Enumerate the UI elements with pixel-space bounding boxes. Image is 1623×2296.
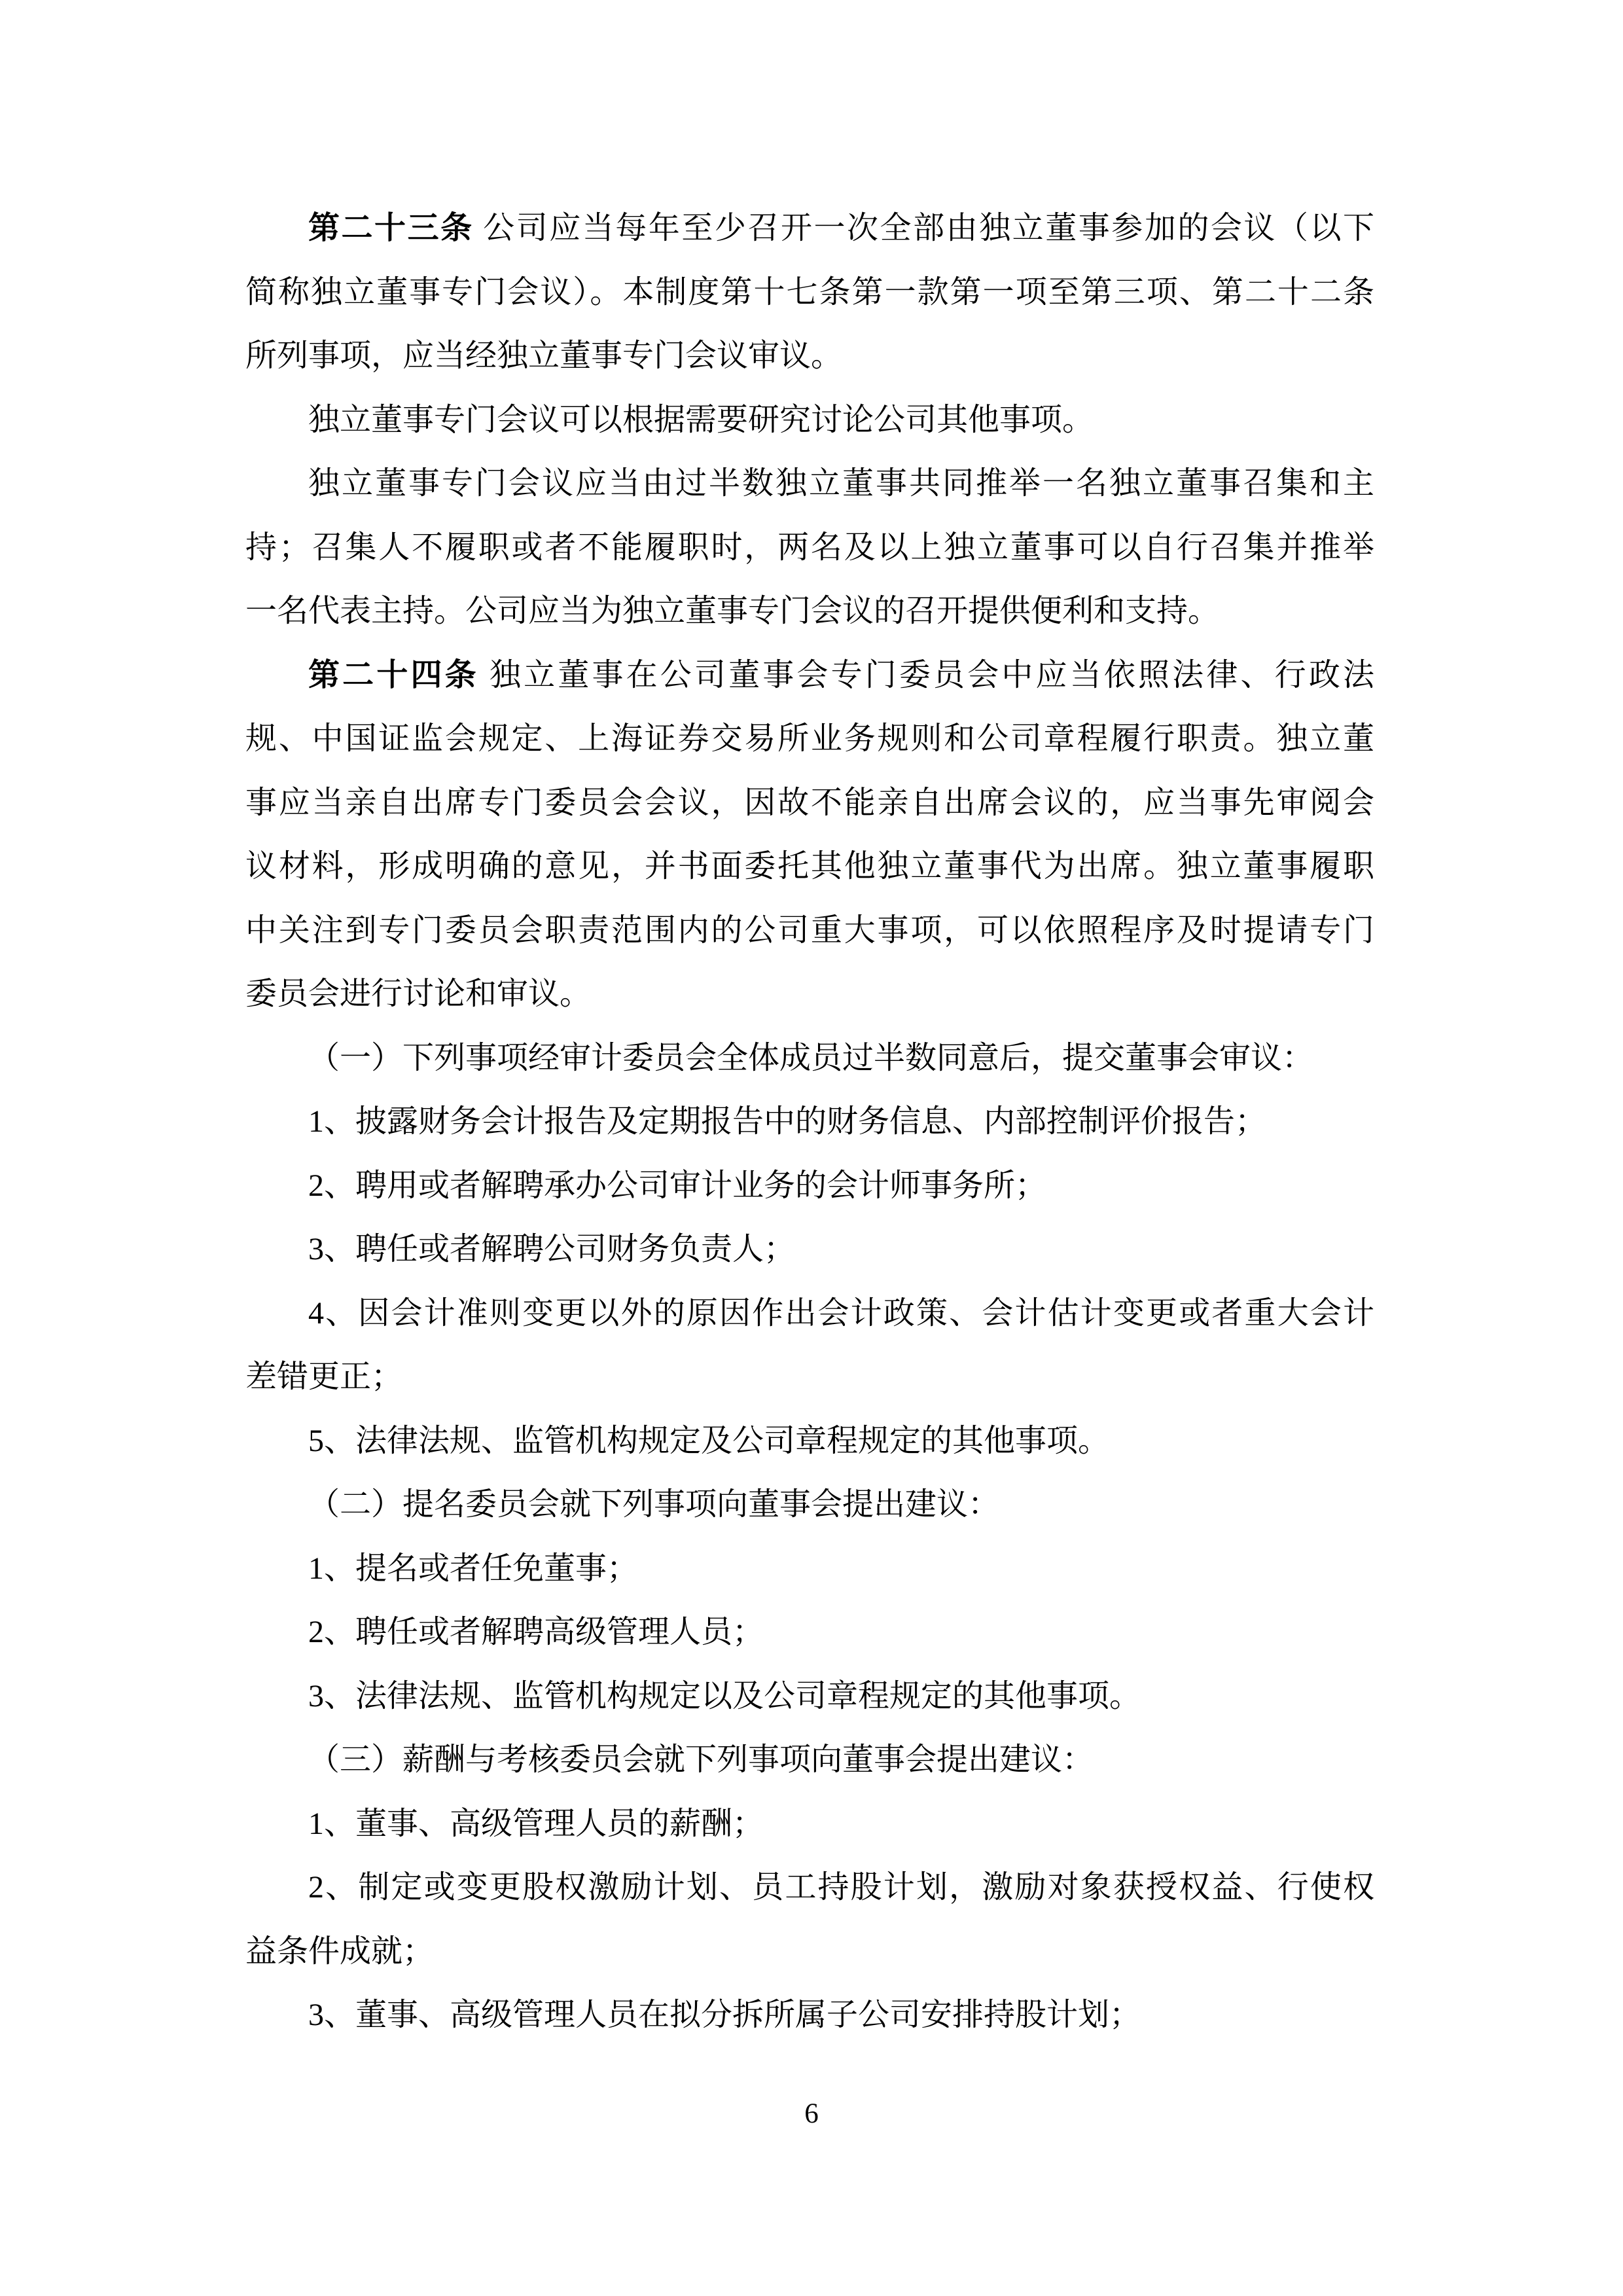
- text-line: 持；召集人不履职或者不能履职时，两名及以上独立董事可以自行召集并推举: [245, 516, 1374, 580]
- text-run: 1、提名或者任免董事；: [308, 1551, 638, 1586]
- text-run: 2、聘用或者解聘承办公司审计业务的会计师事务所；: [308, 1168, 1046, 1203]
- text-line: 一名代表主持。公司应当为独立董事专门会议的召开提供便利和支持。: [245, 579, 1374, 643]
- text-run: 1、董事、高级管理人员的薪酬；: [308, 1806, 764, 1841]
- text-run: 1、披露财务会计报告及定期报告中的财务信息、内部控制评价报告；: [308, 1104, 1266, 1139]
- text-run: 议材料，形成明确的意见，并书面委托其他独立董事代为出席。独立董事履职: [245, 849, 1374, 884]
- text-line: 2、制定或变更股权激励计划、员工持股计划，激励对象获授权益、行使权: [245, 1856, 1374, 1920]
- text-run: 3、聘任或者解聘公司财务负责人；: [308, 1232, 795, 1266]
- text-run: 一名代表主持。公司应当为独立董事专门会议的召开提供便利和支持。: [245, 594, 1219, 628]
- text-run: （二）提名委员会就下列事项向董事会提出建议：: [308, 1487, 999, 1522]
- text-line: 益条件成就；: [245, 1920, 1374, 1984]
- text-line: 5、法律法规、监管机构规定及公司章程规定的其他事项。: [245, 1409, 1374, 1473]
- text-line: 事应当亲自出席专门委员会会议，因故不能亲自出席会议的，应当事先审阅会: [245, 771, 1374, 835]
- text-run: 事应当亲自出席专门委员会会议，因故不能亲自出席会议的，应当事先审阅会: [245, 785, 1374, 820]
- text-line: 第二十四条 独立董事在公司董事会专门委员会中应当依照法律、行政法: [245, 643, 1374, 708]
- text-line: 中关注到专门委员会职责范围内的公司重大事项，可以依照程序及时提请专门: [245, 899, 1374, 963]
- text-run: 所列事项，应当经独立董事专门会议审议。: [245, 338, 842, 373]
- text-run: 2、制定或变更股权激励计划、员工持股计划，激励对象获授权益、行使权: [308, 1870, 1374, 1905]
- document-body: 第二十三条 公司应当每年至少召开一次全部由独立董事参加的会议（以下简称独立董事专…: [245, 196, 1374, 2047]
- text-line: 议材料，形成明确的意见，并书面委托其他独立董事代为出席。独立董事履职: [245, 834, 1374, 899]
- text-run: 独立董事专门会议应当由过半数独立董事共同推举一名独立董事召集和主: [308, 466, 1374, 501]
- text-line: 3、法律法规、监管机构规定以及公司章程规定的其他事项。: [245, 1664, 1374, 1729]
- text-run: 5、法律法规、监管机构规定及公司章程规定的其他事项。: [308, 1424, 1109, 1458]
- text-line: 3、董事、高级管理人员在拟分拆所属子公司安排持股计划；: [245, 1983, 1374, 2047]
- text-line: 1、提名或者任免董事；: [245, 1537, 1374, 1601]
- text-run: 益条件成就；: [245, 1934, 434, 1969]
- article-number-heading: 第二十三条: [308, 211, 474, 245]
- text-line: 委员会进行讨论和审议。: [245, 962, 1374, 1026]
- text-line: 1、披露财务会计报告及定期报告中的财务信息、内部控制评价报告；: [245, 1090, 1374, 1154]
- text-run: 差错更正；: [245, 1359, 402, 1394]
- text-run: 独立董事在公司董事会专门委员会中应当依照法律、行政法: [479, 658, 1374, 692]
- text-run: 2、聘任或者解聘高级管理人员；: [308, 1615, 764, 1649]
- text-run: 委员会进行讨论和审议。: [245, 977, 591, 1011]
- text-run: 规、中国证监会规定、上海证券交易所业务规则和公司章程履行职责。独立董: [245, 721, 1374, 756]
- page-number: 6: [0, 2094, 1623, 2134]
- text-run: 4、因会计准则变更以外的原因作出会计政策、会计估计变更或者重大会计: [308, 1296, 1374, 1331]
- text-line: （二）提名委员会就下列事项向董事会提出建议：: [245, 1473, 1374, 1537]
- text-run: 简称独立董事专门会议）。本制度第十七条第一款第一项至第三项、第二十二条: [245, 275, 1374, 310]
- text-line: 2、聘任或者解聘高级管理人员；: [245, 1600, 1374, 1664]
- text-run: 独立董事专门会议可以根据需要研究讨论公司其他事项。: [308, 403, 1094, 437]
- text-run: （三）薪酬与考核委员会就下列事项向董事会提出建议：: [308, 1742, 1094, 1777]
- text-line: 简称独立董事专门会议）。本制度第十七条第一款第一项至第三项、第二十二条: [245, 260, 1374, 325]
- text-line: 第二十三条 公司应当每年至少召开一次全部由独立董事参加的会议（以下: [245, 196, 1374, 260]
- text-run: （一）下列事项经审计委员会全体成员过半数同意后，提交董事会审议：: [308, 1041, 1313, 1075]
- text-run: 3、法律法规、监管机构规定以及公司章程规定的其他事项。: [308, 1679, 1141, 1713]
- text-line: 独立董事专门会议可以根据需要研究讨论公司其他事项。: [245, 388, 1374, 452]
- text-run: 3、董事、高级管理人员在拟分拆所属子公司安排持股计划；: [308, 1998, 1141, 2032]
- article-number-heading: 第二十四条: [308, 658, 479, 692]
- text-line: 1、董事、高级管理人员的薪酬；: [245, 1792, 1374, 1856]
- text-line: 4、因会计准则变更以外的原因作出会计政策、会计估计变更或者重大会计: [245, 1282, 1374, 1346]
- text-line: 所列事项，应当经独立董事专门会议审议。: [245, 324, 1374, 388]
- text-line: 规、中国证监会规定、上海证券交易所业务规则和公司章程履行职责。独立董: [245, 707, 1374, 771]
- text-line: 2、聘用或者解聘承办公司审计业务的会计师事务所；: [245, 1154, 1374, 1218]
- text-run: 持；召集人不履职或者不能履职时，两名及以上独立董事可以自行召集并推举: [245, 530, 1374, 565]
- text-line: 差错更正；: [245, 1345, 1374, 1409]
- text-run: 公司应当每年至少召开一次全部由独立董事参加的会议（以下: [474, 211, 1374, 245]
- text-line: 独立董事专门会议应当由过半数独立董事共同推举一名独立董事召集和主: [245, 452, 1374, 516]
- text-line: （一）下列事项经审计委员会全体成员过半数同意后，提交董事会审议：: [245, 1026, 1374, 1090]
- text-line: 3、聘任或者解聘公司财务负责人；: [245, 1217, 1374, 1282]
- document-page: 第二十三条 公司应当每年至少召开一次全部由独立董事参加的会议（以下简称独立董事专…: [0, 0, 1623, 2296]
- text-line: （三）薪酬与考核委员会就下列事项向董事会提出建议：: [245, 1728, 1374, 1792]
- text-run: 中关注到专门委员会职责范围内的公司重大事项，可以依照程序及时提请专门: [245, 913, 1374, 948]
